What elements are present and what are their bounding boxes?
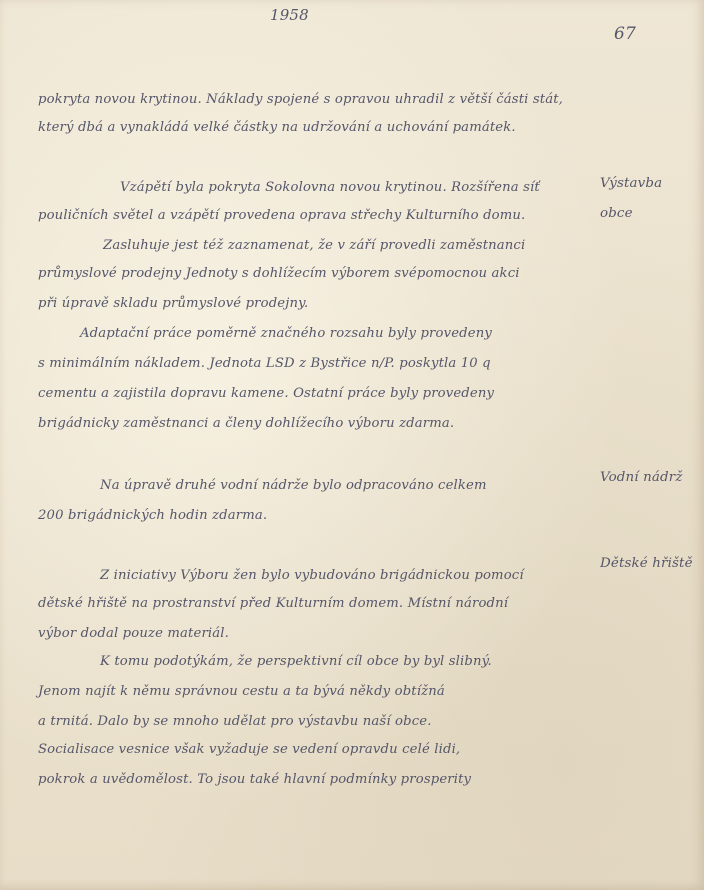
margin-note: Dětské hřiště <box>600 556 693 571</box>
text-line: Na úpravě druhé vodní nádrže bylo odprac… <box>100 478 487 493</box>
text-line: pokrok a uvědomělost. To jsou také hlavn… <box>38 772 471 787</box>
text-line: Vzápětí byla pokryta Sokolovna novou kry… <box>120 180 540 195</box>
text-line: K tomu podotýkám, že perspektivní cíl ob… <box>100 654 492 669</box>
margin-note: Výstavba <box>600 176 662 191</box>
text-line: s minimálním nákladem. Jednota LSD z Bys… <box>38 356 491 371</box>
text-line: Socialisace vesnice však vyžaduje se ved… <box>38 742 460 757</box>
margin-note: obce <box>600 206 633 221</box>
text-line: Z iniciativy Výboru žen bylo vybudováno … <box>100 568 524 583</box>
text-line: výbor dodal pouze materiál. <box>38 626 229 641</box>
text-line: brigádnicky zaměstnanci a členy dohlížec… <box>38 416 454 431</box>
page-year: 1958 <box>270 6 309 24</box>
text-line: a trnitá. Dalo by se mnoho udělat pro vý… <box>38 714 432 729</box>
text-line: průmyslové prodejny Jednoty s dohlížecím… <box>38 266 520 281</box>
text-line: Jenom najít k němu správnou cestu a ta b… <box>38 684 445 699</box>
text-line: pouličních světel a vzápětí provedena op… <box>38 208 525 223</box>
text-line: dětské hřiště na prostranství před Kultu… <box>38 596 508 611</box>
text-line: při úpravě skladu průmyslové prodejny. <box>38 296 308 311</box>
text-line: cementu a zajistila dopravu kamene. Osta… <box>38 386 494 401</box>
text-line: pokryta novou krytinou. Náklady spojené … <box>38 92 563 107</box>
text-line: 200 brigádnických hodin zdarma. <box>38 508 267 523</box>
manuscript-page: 1958 67 pokryta novou krytinou. Náklady … <box>0 0 704 890</box>
text-line: který dbá a vynakládá velké částky na ud… <box>38 120 516 135</box>
text-line: Adaptační práce poměrně značného rozsahu… <box>80 326 492 341</box>
text-line: Zasluhuje jest též zaznamenat, že v září… <box>103 238 525 253</box>
page-number: 67 <box>614 24 636 44</box>
margin-note: Vodní nádrž <box>600 470 683 485</box>
